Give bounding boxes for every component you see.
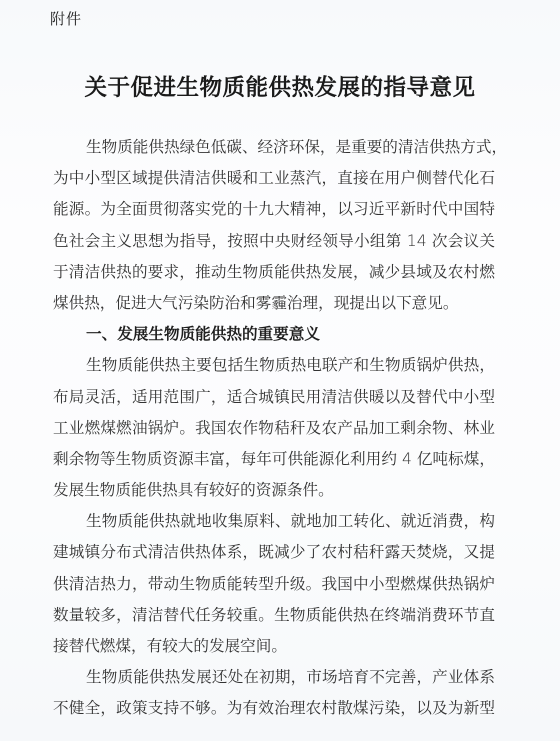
text-line: 工业燃煤燃油锅炉。我国农作物秸秆及农产品加工剩余物、林业 [53, 413, 495, 444]
text-line: 发展生物质能供热具有较好的资源条件。 [53, 475, 495, 506]
text-line: 建城镇分布式清洁供热体系，既减少了农村秸秆露天焚烧，又提 [53, 537, 495, 568]
text-line: 数量较多，清洁替代任务较重。生物质能供热在终端消费环节直 [53, 600, 495, 631]
section-heading: 一、发展生物质能供热的重要意义 [53, 319, 495, 350]
text-line: 生物质能供热绿色低碳、经济环保，是重要的清洁供热方式， [53, 132, 495, 163]
text-line: 为中小型区域提供清洁供暖和工业蒸汽，直接在用户侧替代化石 [53, 163, 495, 194]
text-line: 于清洁供热的要求，推动生物质能供热发展，减少县域及农村燃 [53, 257, 495, 288]
text-line: 生物质能供热发展还处在初期，市场培育不完善，产业体系 [53, 662, 495, 693]
document-body: 生物质能供热绿色低碳、经济环保，是重要的清洁供热方式， 为中小型区域提供清洁供暖… [53, 132, 495, 725]
section1-paragraph-3: 生物质能供热发展还处在初期，市场培育不完善，产业体系 不健全，政策支持不够。为有… [53, 662, 495, 724]
text-line: 不健全，政策支持不够。为有效治理农村散煤污染，以及为新型 [53, 693, 495, 724]
document-title: 关于促进生物质能供热发展的指导意见 [0, 70, 560, 102]
text-line: 布局灵活，适用范围广，适合城镇民用清洁供暖以及替代中小型 [53, 382, 495, 413]
text-line: 色社会主义思想为指导，按照中央财经领导小组第 14 次会议关 [53, 226, 495, 257]
text-line: 接替代燃煤，有较大的发展空间。 [53, 631, 495, 662]
text-line: 生物质能供热主要包括生物质热电联产和生物质锅炉供热， [53, 350, 495, 381]
document-page: 附件 关于促进生物质能供热发展的指导意见 生物质能供热绿色低碳、经济环保，是重要… [0, 0, 560, 741]
text-line: 供清洁热力，带动生物质能转型升级。我国中小型燃煤供热锅炉 [53, 569, 495, 600]
text-line: 生物质能供热就地收集原料、就地加工转化、就近消费，构 [53, 506, 495, 537]
intro-paragraph: 生物质能供热绿色低碳、经济环保，是重要的清洁供热方式， 为中小型区域提供清洁供暖… [53, 132, 495, 319]
text-line: 能源。为全面贯彻落实党的十九大精神，以习近平新时代中国特 [53, 194, 495, 225]
text-line: 煤供热，促进大气污染防治和雾霾治理，现提出以下意见。 [53, 288, 495, 319]
attachment-label: 附件 [50, 8, 82, 29]
text-line: 剩余物等生物质资源丰富，每年可供能源化利用约 4 亿吨标煤， [53, 444, 495, 475]
section1-paragraph-2: 生物质能供热就地收集原料、就地加工转化、就近消费，构 建城镇分布式清洁供热体系，… [53, 506, 495, 662]
section1-paragraph-1: 生物质能供热主要包括生物质热电联产和生物质锅炉供热， 布局灵活，适用范围广，适合… [53, 350, 495, 506]
